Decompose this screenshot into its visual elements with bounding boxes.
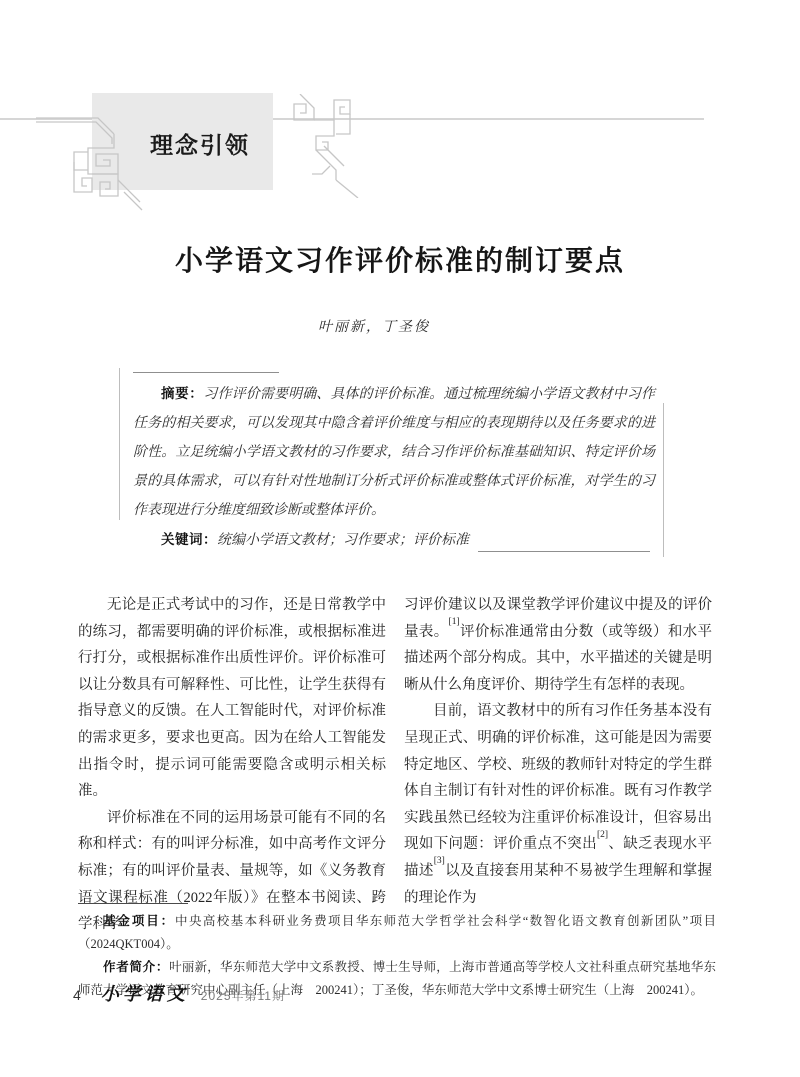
footnote-fund: 基金项目：中央高校基本科研业务费项目华东师范大学哲学社会科学“数智化语文教育创新… [78, 910, 716, 956]
reference-marker: [2] [597, 830, 608, 840]
bio-label: 作者简介： [103, 960, 169, 974]
category-badge: 理念引领 [92, 93, 273, 190]
abstract-rule-right [663, 403, 664, 557]
abstract-rule-top [133, 372, 279, 373]
abstract-paragraph: 摘要：习作评价需要明确、具体的评价标准。通过梳理统编小学语文教材中习作任务的相关… [133, 379, 655, 525]
keywords-paragraph: 关键词：统编小学语文教材；习作要求；评价标准 [133, 525, 655, 555]
keywords-text: 统编小学语文教材；习作要求；评价标准 [217, 533, 469, 548]
keywords-label: 关键词： [161, 532, 217, 547]
abstract-rule-left [119, 368, 120, 520]
reference-marker: [3] [434, 856, 445, 866]
abstract-label: 摘要： [161, 386, 203, 401]
body-paragraph: 目前，语文教材中的所有习作任务基本没有呈现正式、明确的评价标准，这可能是因为需要… [404, 698, 712, 911]
footnote-rule [78, 903, 188, 904]
body-column-left: 无论是正式考试中的习作，还是日常教学中的练习，都需要明确的评价标准，或根据标准进… [78, 592, 386, 938]
body-column-right: 习评价建议以及课堂教学评价建议中提及的评价量表。[1]评价标准通常由分数（或等级… [404, 592, 712, 911]
journal-page: 理念引领 小学语文习作评价标准的制订要点 叶丽新，丁圣俊 摘要：习作评价需要明确… [0, 0, 800, 1077]
page-footer: 4 小学语文 2025年第11期 [73, 980, 473, 1006]
reference-marker: [1] [449, 617, 460, 627]
article-authors: 叶丽新，丁圣俊 [18, 316, 730, 336]
abstract-block: 摘要：习作评价需要明确、具体的评价标准。通过梳理统编小学语文教材中习作任务的相关… [133, 379, 655, 555]
category-badge-label: 理念引领 [150, 127, 250, 160]
abstract-text: 习作评价需要明确、具体的评价标准。通过梳理统编小学语文教材中习作任务的相关要求，… [133, 387, 655, 518]
body-paragraph: 习评价建议以及课堂教学评价建议中提及的评价量表。[1]评价标准通常由分数（或等级… [404, 592, 712, 698]
page-number: 4 [73, 987, 81, 1003]
fund-label: 基金项目： [103, 914, 175, 928]
journal-logo: 小学语文 [101, 980, 189, 1006]
fret-ornament-right-icon [272, 94, 364, 198]
issue-label: 2025年第11期 [201, 987, 285, 1004]
article-title: 小学语文习作评价标准的制订要点 [44, 239, 756, 279]
body-paragraph: 无论是正式考试中的习作，还是日常教学中的练习，都需要明确的评价标准，或根据标准进… [78, 592, 386, 805]
